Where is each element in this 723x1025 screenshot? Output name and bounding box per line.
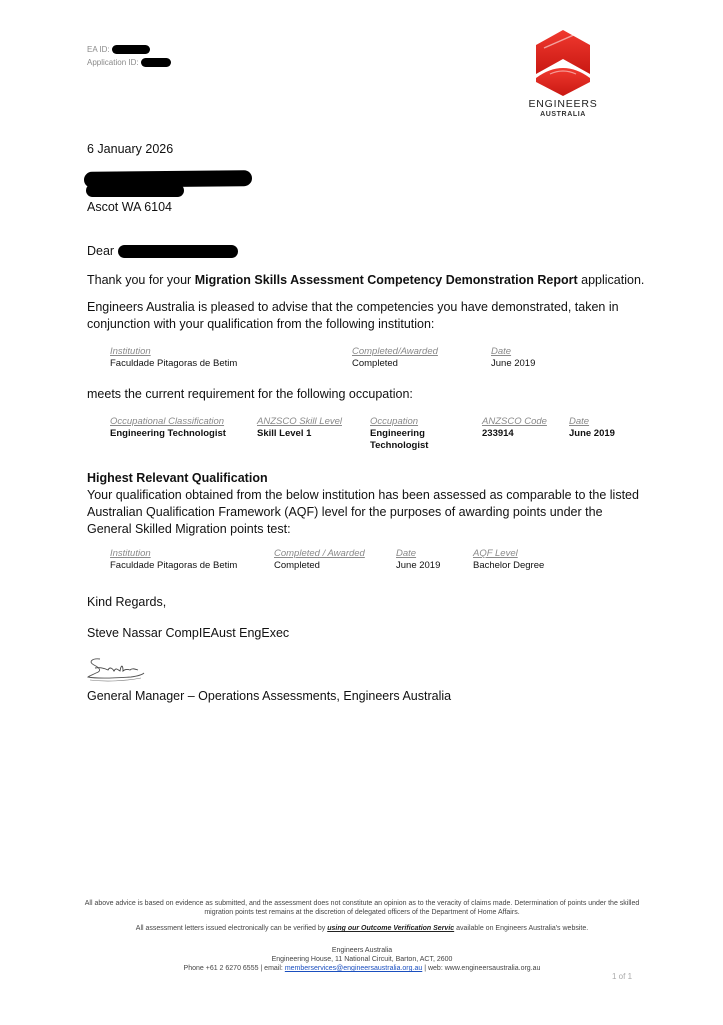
- occupation-header: Occupation: [370, 416, 418, 427]
- meets-text: meets the current requirement for the fo…: [87, 386, 413, 403]
- verify-suffix: available on Engineers Australia's websi…: [454, 925, 588, 932]
- intro-suffix: application.: [578, 273, 645, 287]
- logo-text-engineers: ENGINEERS: [516, 98, 610, 110]
- disclaimer: All above advice is based on evidence as…: [84, 899, 640, 917]
- occ-classification-value: Engineering Technologist: [110, 428, 226, 440]
- application-id-line: Application ID:: [87, 57, 171, 68]
- intro-paragraph: Thank you for your Migration Skills Asse…: [87, 272, 687, 289]
- skill-level-header: ANZSCO Skill Level: [257, 416, 342, 427]
- logo-text-australia: AUSTRALIA: [516, 111, 610, 118]
- signatory-title: General Manager – Operations Assessments…: [87, 688, 451, 705]
- redaction-address-line-2: [86, 184, 184, 197]
- redaction-ea-id: [112, 45, 150, 54]
- signatory-name: Steve Nassar CompIEAust EngExec: [87, 625, 289, 642]
- aqf-completed-header: Completed / Awarded: [274, 548, 365, 559]
- address-last-line: Ascot WA 6104: [87, 199, 172, 216]
- occ-date-value: June 2019: [569, 428, 615, 440]
- salutation: Dear: [87, 243, 238, 260]
- occ-date-header: Date: [569, 416, 589, 427]
- footer-contact: Phone +61 2 6270 6555 | email: memberser…: [84, 964, 640, 973]
- aqf-level-value: Bachelor Degree: [473, 560, 544, 572]
- footer-phone: Phone +61 2 6270 6555 | email:: [184, 965, 285, 972]
- closing: Kind Regards,: [87, 594, 166, 611]
- skill-level-value: Skill Level 1: [257, 428, 311, 440]
- aqf-institution-header: Institution: [110, 548, 151, 559]
- verification-line: All assessment letters issued electronic…: [84, 924, 640, 933]
- redaction-application-id: [141, 58, 171, 67]
- verification-link[interactable]: using our Outcome Verification Servic: [327, 925, 454, 932]
- completed-header: Completed/Awarded: [352, 346, 438, 357]
- email-link[interactable]: memberservices@engineersaustralia.org.au: [285, 965, 422, 972]
- page-number: 1 of 1: [612, 972, 632, 981]
- verify-prefix: All assessment letters issued electronic…: [136, 925, 327, 932]
- date-header: Date: [491, 346, 511, 357]
- hexagon-logo-icon: [528, 28, 598, 98]
- hrq-paragraph: Your qualification obtained from the bel…: [87, 487, 639, 538]
- institution-value: Faculdade Pitagoras de Betim: [110, 358, 237, 370]
- redaction-recipient-name: [118, 245, 238, 258]
- date-value: June 2019: [491, 358, 535, 370]
- letter-date: 6 January 2026: [87, 141, 173, 158]
- intro-prefix: Thank you for your: [87, 273, 195, 287]
- application-id-label: Application ID:: [87, 58, 139, 67]
- occupation-value: Engineering Technologist: [370, 428, 450, 452]
- anzsco-code-header: ANZSCO Code: [482, 416, 547, 427]
- footer-address: Engineering House, 11 National Circuit, …: [84, 955, 640, 964]
- anzsco-code-value: 233914: [482, 428, 514, 440]
- footer-org-name: Engineers Australia: [84, 946, 640, 955]
- aqf-level-header: AQF Level: [473, 548, 518, 559]
- aqf-date-header: Date: [396, 548, 416, 559]
- competency-paragraph: Engineers Australia is pleased to advise…: [87, 299, 632, 333]
- footer-web: | web: www.engineersaustralia.org.au: [422, 965, 540, 972]
- intro-bold: Migration Skills Assessment Competency D…: [195, 273, 578, 287]
- engineers-australia-logo: ENGINEERS AUSTRALIA: [528, 28, 598, 120]
- ea-id-label: EA ID:: [87, 45, 110, 54]
- completed-value: Completed: [352, 358, 398, 370]
- aqf-date-value: June 2019: [396, 560, 440, 572]
- institution-header: Institution: [110, 346, 151, 357]
- salutation-text: Dear: [87, 244, 114, 258]
- occ-classification-header: Occupational Classification: [110, 416, 224, 427]
- hrq-heading: Highest Relevant Qualification: [87, 470, 268, 487]
- aqf-institution-value: Faculdade Pitagoras de Betim: [110, 560, 237, 572]
- aqf-completed-value: Completed: [274, 560, 320, 572]
- signature-icon: [86, 656, 148, 684]
- ea-id-line: EA ID:: [87, 44, 150, 55]
